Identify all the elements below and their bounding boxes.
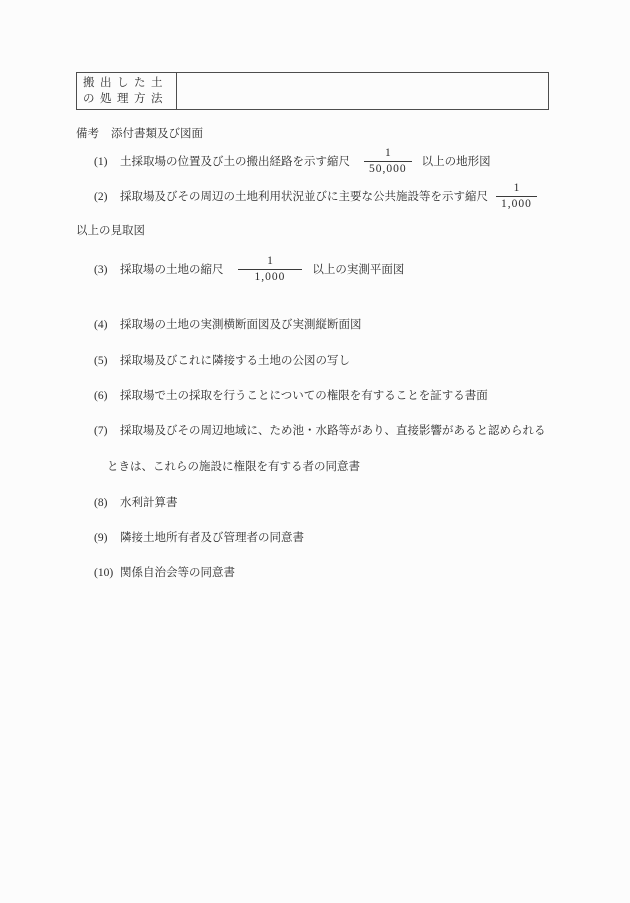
item-number: (8) — [94, 495, 120, 512]
item-number: (10) — [94, 565, 120, 582]
item-number: (3) — [94, 262, 120, 279]
item-number: (7) — [94, 423, 120, 440]
list-item-2-continuation: 以上の見取図 — [76, 223, 145, 240]
item-text: 採取場で土の採取を行うことについての権限を有することを証する書面 — [120, 388, 488, 405]
item-text: 隣接土地所有者及び管理者の同意書 — [120, 530, 304, 547]
fraction-denominator: 1,000 — [496, 196, 537, 211]
list-item-7: (7) 採取場及びその周辺地域に、ため池・水路等があり、直接影響があると認められ… — [94, 423, 546, 440]
fraction-numerator: 1 — [383, 147, 393, 161]
list-item-6: (6) 採取場で土の採取を行うことについての権限を有することを証する書面 — [94, 388, 488, 405]
list-item-9: (9) 隣接土地所有者及び管理者の同意書 — [94, 530, 304, 547]
list-item-8: (8) 水利計算書 — [94, 495, 178, 512]
item-number: (6) — [94, 388, 120, 405]
item-text: 土採取場の位置及び土の搬出経路を示す縮尺 — [120, 154, 350, 171]
list-item-2: (2) 採取場及びその周辺の土地利用状況並びに主要な公共施設等を示す縮尺 1 1… — [94, 181, 537, 213]
list-item-10: (10) 関係自治会等の同意書 — [94, 565, 235, 582]
soil-disposal-label-line1: 搬出した土 — [83, 75, 170, 91]
remarks-heading: 備考 添付書類及び図面 — [76, 126, 203, 143]
item-number: (1) — [94, 154, 120, 171]
list-item-5: (5) 採取場及びこれに隣接する土地の公図の写し — [94, 353, 350, 370]
soil-disposal-table: 搬出した土 の処理方法 — [76, 72, 549, 110]
item-text: 採取場及びその周辺地域に、ため池・水路等があり、直接影響があると認められる — [120, 423, 546, 440]
document-page: 搬出した土 の処理方法 備考 添付書類及び図面 (1) 土採取場の位置及び土の搬… — [0, 0, 630, 903]
soil-disposal-label-cell: 搬出した土 の処理方法 — [77, 73, 177, 109]
fraction-numerator: 1 — [512, 182, 522, 196]
item-text: 採取場の土地の実測横断面図及び実測縦断面図 — [120, 317, 362, 334]
soil-disposal-label-line2: の処理方法 — [83, 91, 170, 107]
list-item-4: (4) 採取場の土地の実測横断面図及び実測縦断面図 — [94, 317, 362, 334]
item-number: (4) — [94, 317, 120, 334]
soil-disposal-value-cell — [177, 73, 548, 109]
item-number: (9) — [94, 530, 120, 547]
item-number: (2) — [94, 189, 120, 206]
list-item-7-continuation: ときは、これらの施設に権限を有する者の同意書 — [107, 459, 360, 476]
item-text: 水利計算書 — [120, 495, 178, 512]
item-number: (5) — [94, 353, 120, 370]
item-suffix: 以上の実測平面図 — [312, 262, 404, 279]
scale-fraction: 1 1,000 — [238, 255, 303, 284]
fraction-denominator: 50,000 — [364, 161, 412, 176]
fraction-numerator: 1 — [265, 255, 275, 269]
item-suffix: 以上の地形図 — [422, 154, 491, 171]
item-text: 採取場及びその周辺の土地利用状況並びに主要な公共施設等を示す縮尺 — [120, 189, 488, 206]
scale-fraction: 1 50,000 — [364, 147, 412, 176]
item-text: 関係自治会等の同意書 — [120, 565, 235, 582]
list-item-3: (3) 採取場の土地の縮尺 1 1,000 以上の実測平面図 — [94, 254, 404, 286]
item-text: 採取場及びこれに隣接する土地の公図の写し — [120, 353, 350, 370]
remarks-label: 備考 — [76, 126, 99, 143]
fraction-denominator: 1,000 — [238, 269, 303, 284]
list-item-1: (1) 土採取場の位置及び土の搬出経路を示す縮尺 1 50,000 以上の地形図 — [94, 146, 491, 178]
item-text: 採取場の土地の縮尺 — [120, 262, 224, 279]
scale-fraction: 1 1,000 — [496, 182, 537, 211]
remarks-title: 添付書類及び図面 — [111, 126, 203, 143]
